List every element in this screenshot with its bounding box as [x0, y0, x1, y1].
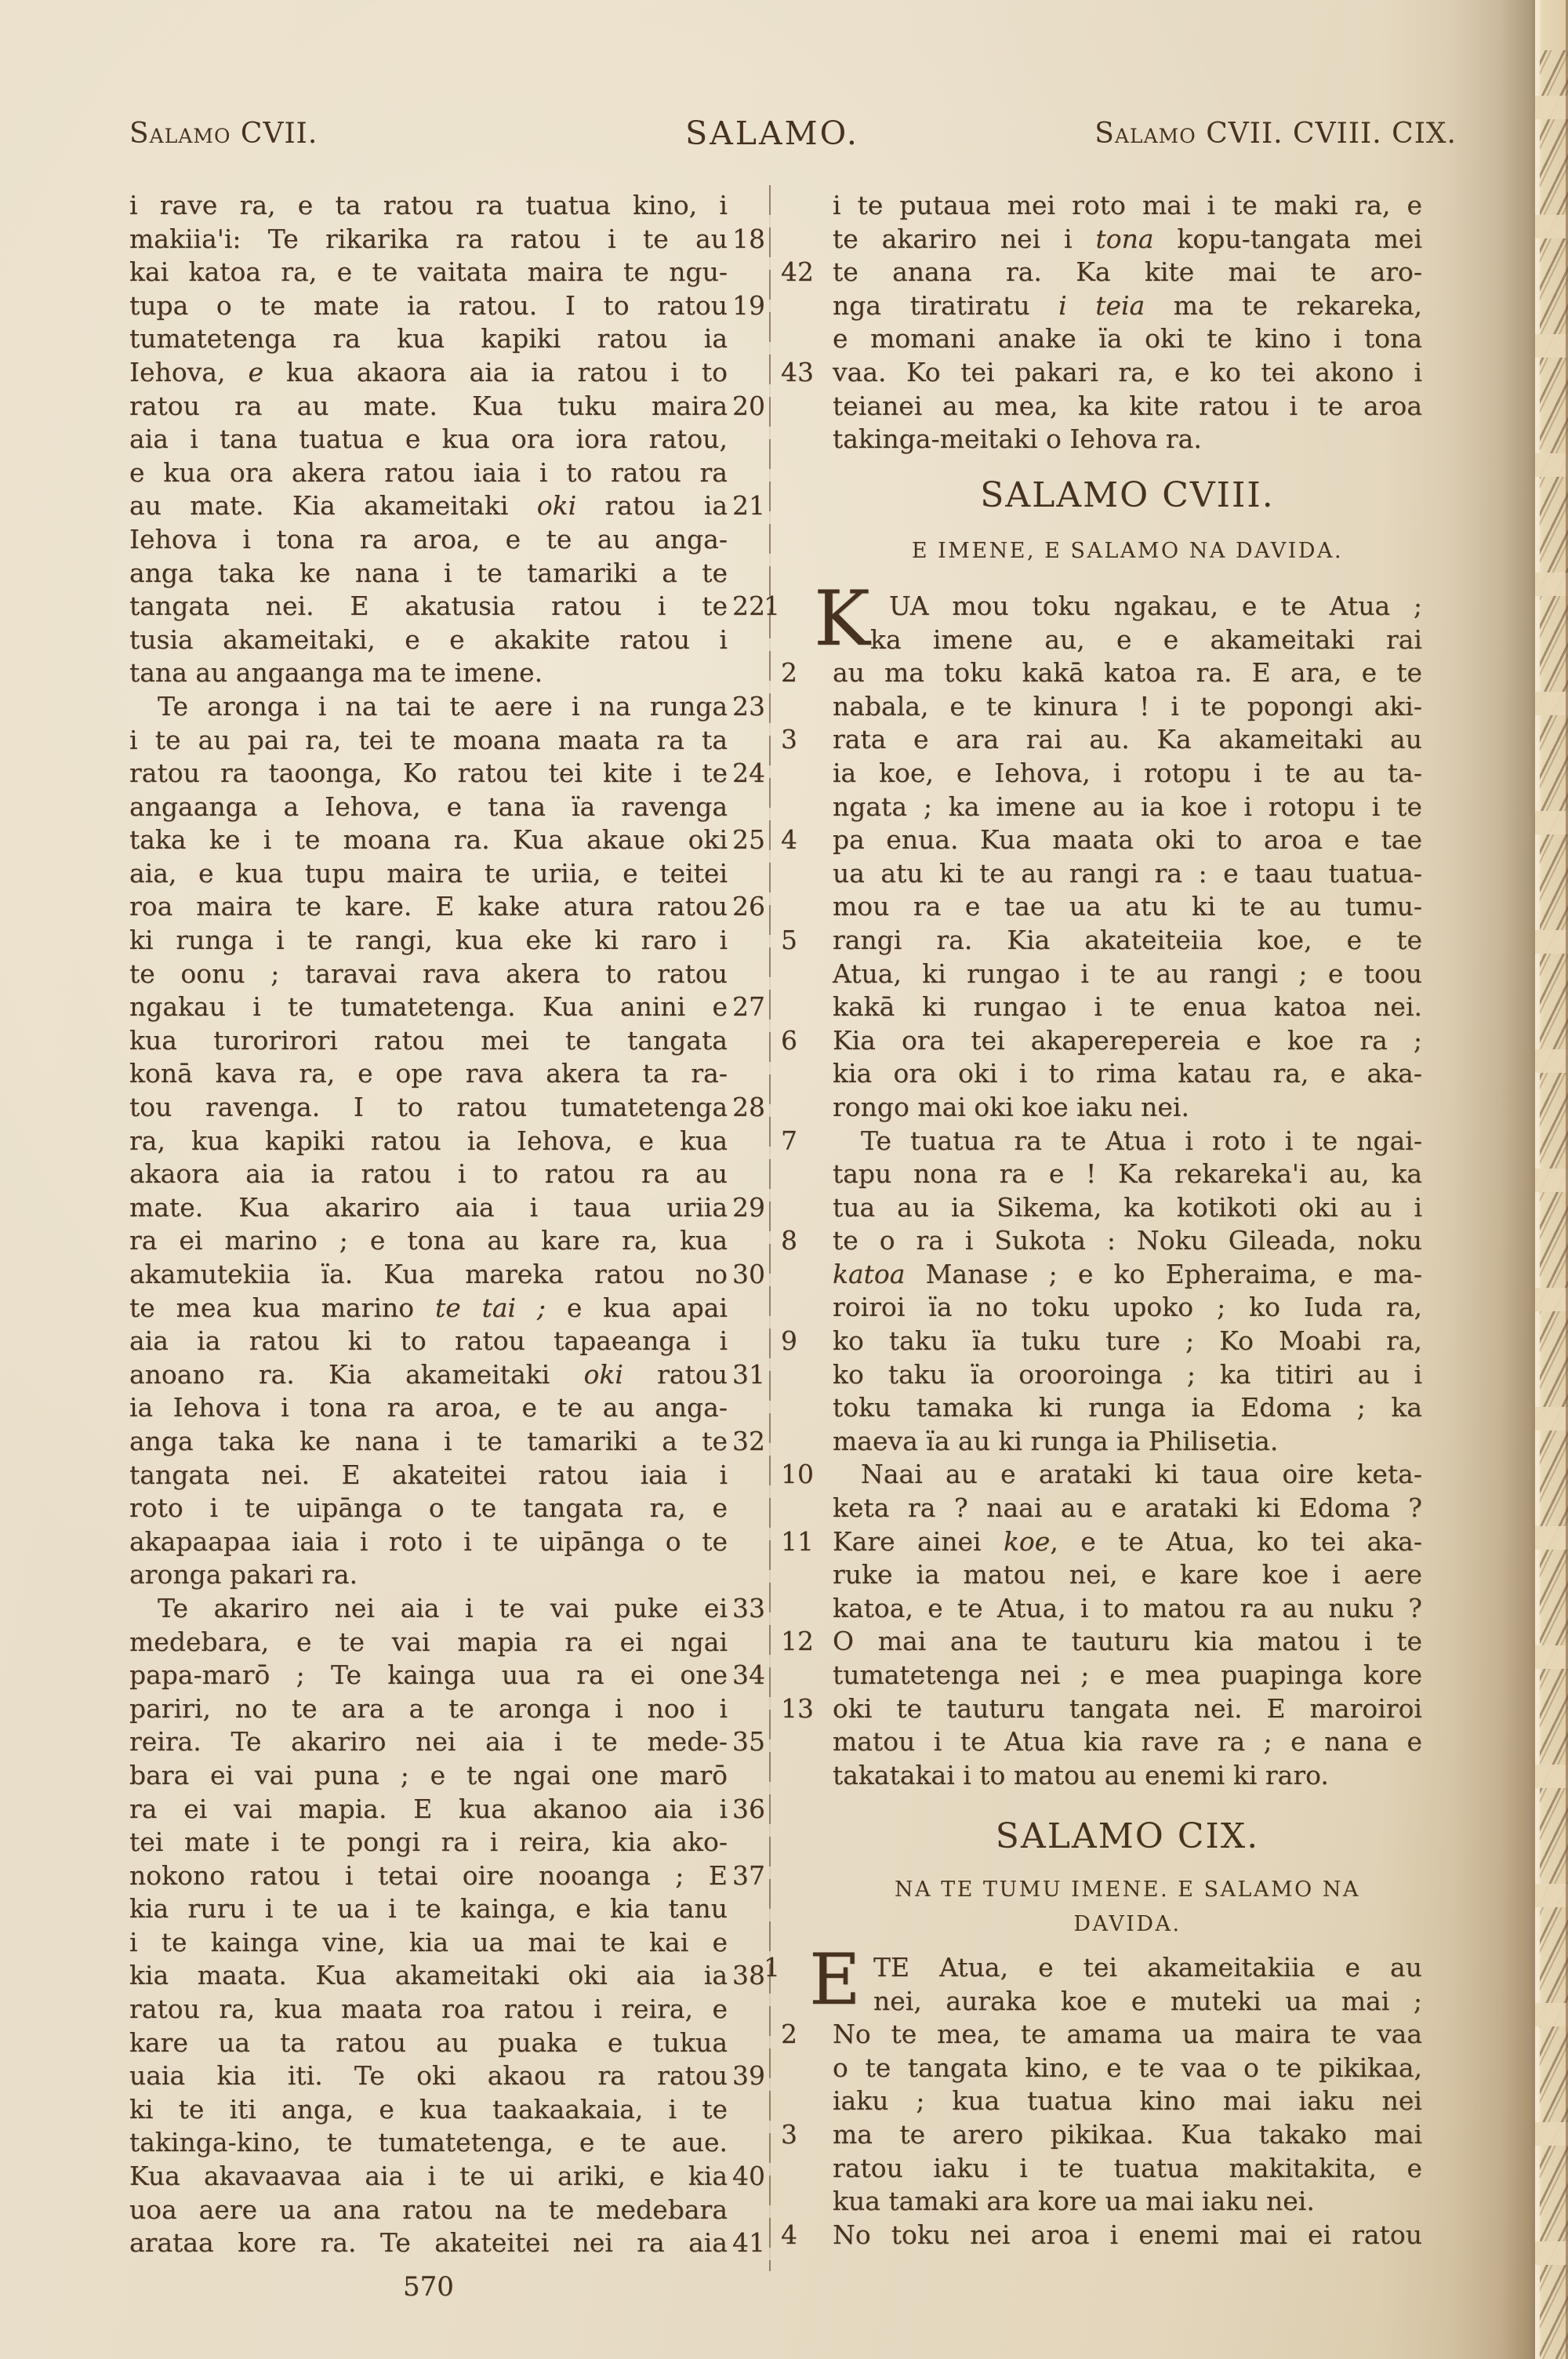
text-line: makiia'i: Te rikarika ra ratou i te au18 — [129, 223, 728, 256]
text-line: katoa, e te Atua, i to matou ra au nuku … — [833, 1592, 1422, 1626]
text-line: mou ra e tae ua atu ki te au tumu- — [833, 890, 1422, 924]
text-line: katoa Manase ; e ko Epheraima, e ma- — [833, 1258, 1422, 1292]
text-line: angaanga a Iehova, e tana ïa ravenga — [129, 791, 728, 824]
verse-number: 6 — [781, 1024, 825, 1058]
text-line: tou ravenga. I to ratou tumatetenga28 — [129, 1091, 728, 1125]
text-line: ratou iaku i te tuatua makitakita, e — [833, 2152, 1422, 2186]
text-line: i te au pai ra, tei te moana maata ra ta — [129, 724, 728, 758]
text-line: Kare ainei koe, e te Atua, ko tei aka-11 — [833, 1525, 1422, 1559]
text-line: tua au ia Sikema, ka kotikoti oki au i — [833, 1191, 1422, 1225]
text-line: aia, e kua tupu maira te uriia, e teitei — [129, 857, 728, 891]
text-line: keta ra ? naai au e arataki ki Edoma ? — [833, 1492, 1422, 1525]
text-line: roa maira te kare. E kake atura ratou26 — [129, 890, 728, 924]
next-page-edge — [1535, 0, 1568, 2359]
text-line: Te akariro nei aia i te vai puke ei33 — [129, 1592, 728, 1626]
verse-number: 8 — [781, 1224, 825, 1258]
verse-number: 11 — [781, 1525, 825, 1559]
drop-cap-k: K — [814, 585, 870, 652]
text-line: takinga-meitaki o Iehova ra. — [833, 423, 1422, 456]
text-line: roto i te uipānga o te tangata ra, e — [129, 1492, 728, 1525]
text-line: uaia kia iti. Te oki akaou ra ratou39 — [129, 2059, 728, 2093]
verse-number: 31 — [732, 1358, 776, 1392]
text-line: nga tiratiratu i teia ma te rekareka, — [833, 289, 1422, 323]
verse-number: 24 — [732, 757, 776, 791]
text-line: e kua ora akera ratou iaia i to ratou ra — [129, 456, 728, 490]
verse-number: 5 — [781, 924, 825, 958]
text-line: Iehova, e kua akaora aia ia ratou i to — [129, 356, 728, 390]
text-line: tangata nei. E akatusia ratou i te22 — [129, 590, 728, 623]
verse-number: 40 — [732, 2160, 776, 2194]
verse-number: 42 — [781, 256, 825, 289]
text-line: te anana ra. Ka kite mai te aro-42 — [833, 256, 1422, 289]
text-line: nabala, e te kinura ! i te popongi aki- — [833, 690, 1422, 724]
text-line: Atua, ki rungao i te au rangi ; e toou — [833, 958, 1422, 991]
verse-number: 27 — [732, 990, 776, 1024]
verse-number: 32 — [732, 1425, 776, 1459]
text-line: takatakai i to matou au enemi ki raro. — [833, 1759, 1422, 1793]
text-line: tusia akameitaki, e e akakite ratou i — [129, 623, 728, 657]
verse-number: 7 — [781, 1125, 825, 1158]
verse-number: 19 — [732, 289, 776, 323]
verse-number: 39 — [732, 2059, 776, 2093]
text-line: ka imene au, e e akameitaki rai — [833, 623, 1422, 657]
text-line: tumatetenga nei ; e mea puapinga kore — [833, 1659, 1422, 1692]
text-line: Te tuatua ra te Atua i roto i te ngai-7 — [833, 1125, 1422, 1158]
text-line: ko taku ïa orooroinga ; ka titiri au i — [833, 1358, 1422, 1392]
text-line: maeva ïa au ki runga ia Philisetia. — [833, 1425, 1422, 1459]
text-line: takinga-kino, te tumatetenga, e te aue. — [129, 2126, 728, 2160]
verse-number: 9 — [781, 1325, 825, 1358]
text-line: UA mou toku ngakau, e te Atua ;1 — [833, 590, 1422, 623]
text-line: Kua akavaavaa aia i te ui ariki, e kia40 — [129, 2160, 728, 2194]
text-line: kua tamaki ara kore ua mai iaku nei. — [833, 2185, 1422, 2219]
psalm-109-subheading-line2: DAVIDA. — [833, 1907, 1422, 1942]
text-line: No toku nei aroa i enemi mai ei ratou4 — [833, 2219, 1422, 2252]
book-page: Salamo CVII. SALAMO. Salamo CVII. CVIII.… — [0, 0, 1568, 2359]
text-line: ruke ia matou nei, e kare koe i aere — [833, 1558, 1422, 1592]
verse-number: 3 — [781, 2118, 825, 2152]
verse-number: 4 — [781, 823, 825, 857]
running-header-center: SALAMO. — [615, 114, 929, 152]
text-line: i te kainga vine, kia ua mai te kai e — [129, 1926, 728, 1960]
verse-number: 29 — [732, 1191, 776, 1225]
psalm-108-subheading: E IMENE, E SALAMO NA DAVIDA. — [833, 538, 1422, 565]
text-line: te oonu ; taravai rava akera to ratou — [129, 958, 728, 991]
text-line: ratou ra, kua maata roa ratou i reira, e — [129, 1993, 728, 2026]
text-line: vaa. Ko tei pakari ra, e ko tei akono i4… — [833, 356, 1422, 390]
text-line: kia maata. Kua akameitaki oki aia ia38 — [129, 1959, 728, 1993]
text-line: kia ora oki i to rima katau ra, e aka- — [833, 1057, 1422, 1091]
page-number: 570 — [129, 2271, 728, 2303]
verse-number: 33 — [732, 1592, 776, 1626]
text-line: matou i te Atua kia rave ra ; e nana e — [833, 1725, 1422, 1759]
text-line: ki runga i te rangi, kua eke ki raro i — [129, 924, 728, 958]
text-line: tapu nona ra e ! Ka rekareka'i au, ka — [833, 1158, 1422, 1191]
text-line: taka ke i te moana ra. Kua akaue oki25 — [129, 823, 728, 857]
text-line: i te putaua mei roto mai i te maki ra, e — [833, 189, 1422, 223]
right-column-intro: i te putaua mei roto mai i te maki ra, e… — [833, 189, 1422, 456]
verse-number: 21 — [732, 489, 776, 523]
text-line: nei, auraka koe e muteki ua mai ; — [833, 1985, 1422, 2019]
text-line: o te tangata kino, e te vaa o te pikikaa… — [833, 2052, 1422, 2085]
verse-number: 25 — [732, 823, 776, 857]
text-line: pa enua. Kua maata oki to aroa e tae4 — [833, 823, 1422, 857]
text-line: toku tamaka ki runga ia Edoma ; ka — [833, 1391, 1422, 1425]
verse-number: 1 — [764, 590, 808, 623]
next-page-edge-gaps — [1535, 0, 1568, 2359]
text-line: te akariro nei i tona kopu-tangata mei — [833, 223, 1422, 256]
text-line: ma te arero pikikaa. Kua takako mai3 — [833, 2118, 1422, 2152]
left-column: i rave ra, e ta ratou ra tuatua kino, im… — [129, 189, 728, 2260]
verse-number: 36 — [732, 1793, 776, 1826]
text-line: pariri, no te ara a te aronga i noo i — [129, 1692, 728, 1726]
verse-number: 20 — [732, 390, 776, 423]
text-line: akapaapaa iaia i roto i te uipānga o te — [129, 1525, 728, 1559]
text-line: tana au angaanga ma te imene. — [129, 656, 728, 690]
verse-number: 26 — [732, 890, 776, 924]
text-line: No te mea, te amama ua maira te vaa2 — [833, 2018, 1422, 2052]
text-line: ra ei marino ; e tona au kare ra, kua — [129, 1224, 728, 1258]
text-line: au mate. Kia akameitaki oki ratou ia21 — [129, 489, 728, 523]
verse-number: 43 — [781, 356, 825, 390]
text-line: kakā ki rungao i te enua katoa nei. — [833, 990, 1422, 1024]
text-line: ia koe, e Iehova, i rotopu i te au ta- — [833, 757, 1422, 791]
text-line: rata e ara rai au. Ka akameitaki au3 — [833, 723, 1422, 757]
verse-number: 34 — [732, 1659, 776, 1692]
text-line: i rave ra, e ta ratou ra tuatua kino, i — [129, 189, 728, 223]
verse-number: 41 — [732, 2226, 776, 2260]
psalm-109-text: E TE Atua, e tei akameitakiia e au1nei, … — [833, 1951, 1422, 2252]
text-line: Kia ora tei akaperepereia e koe ra ;6 — [833, 1024, 1422, 1058]
text-line: tangata nei. E akateitei ratou iaia i — [129, 1459, 728, 1492]
running-header-left: Salamo CVII. — [129, 118, 318, 150]
verse-number: 18 — [732, 223, 776, 256]
verse-number: 3 — [781, 723, 825, 757]
text-line: O mai ana te tauturu kia matou i te12 — [833, 1625, 1422, 1659]
text-line: anga taka ke nana i te tamariki a te32 — [129, 1425, 728, 1459]
text-line: aia i tana tuatua e kua ora iora ratou, — [129, 423, 728, 456]
text-line: akamutekiia ïa. Kua mareka ratou no30 — [129, 1258, 728, 1292]
verse-number: 10 — [781, 1458, 825, 1492]
psalm109-lines: TE Atua, e tei akameitakiia e au1nei, au… — [833, 1951, 1422, 2252]
text-line: ratou ra au mate. Kua tuku maira20 — [129, 390, 728, 423]
text-line: anoano ra. Kia akameitaki oki ratou31 — [129, 1358, 728, 1392]
left-column-lines: i rave ra, e ta ratou ra tuatua kino, im… — [129, 189, 728, 2260]
text-line: papa-marō ; Te kainga uua ra ei one34 — [129, 1659, 728, 1692]
text-line: mate. Kua akariro aia i taua uriia29 — [129, 1191, 728, 1225]
text-line: bara ei vai puna ; e te ngai one marō — [129, 1759, 728, 1793]
text-line: reira. Te akariro nei aia i te mede-35 — [129, 1725, 728, 1759]
text-line: kia ruru i te ua i te kainga, e kia tanu — [129, 1892, 728, 1926]
psalm-109-subheading-line1: NA TE TUMU IMENE. E SALAMO NA — [833, 1873, 1422, 1907]
text-line: rangi ra. Kia akateiteiia koe, e te5 — [833, 924, 1422, 958]
text-line: te mea kua marino te tai ; e kua apai — [129, 1292, 728, 1325]
verse-number: 23 — [732, 690, 776, 724]
text-line: ko taku ïa tuku ture ; Ko Moabi ra,9 — [833, 1325, 1422, 1358]
text-line: Te aronga i na tai te aere i na runga23 — [129, 690, 728, 724]
verse-number: 2 — [781, 2018, 825, 2052]
text-line: e momani anake ïa oki te kino i tona — [833, 322, 1422, 356]
text-line: au ma toku kakā katoa ra. E ara, e te2 — [833, 656, 1422, 690]
text-line: kai katoa ra, e te vaitata maira te ngu- — [129, 256, 728, 289]
psalm-108-text: K UA mou toku ngakau, e te Atua ;1ka ime… — [833, 590, 1422, 1792]
verse-number: 4 — [781, 2219, 825, 2252]
text-line: konā kava ra, e ope rava akera ta ra- — [129, 1057, 728, 1091]
verse-number: 35 — [732, 1725, 776, 1759]
psalm-109-heading: SALAMO CIX. — [833, 1815, 1422, 1859]
text-line: roiroi ïa no toku upoko ; ko Iuda ra, — [833, 1291, 1422, 1325]
right-intro-lines: i te putaua mei roto mai i te maki ra, e… — [833, 189, 1422, 456]
text-line: ngata ; ka imene au ia koe i rotopu i te — [833, 791, 1422, 824]
verse-number: 12 — [781, 1625, 825, 1659]
text-line: anga taka ke nana i te tamariki a te — [129, 557, 728, 591]
text-line: ki te iti anga, e kua taakaakaia, i te — [129, 2093, 728, 2127]
verse-number: 30 — [732, 1258, 776, 1292]
text-line: iaku ; kua tuatua kino mai iaku nei — [833, 2085, 1422, 2118]
text-line: oki te tauturu tangata nei. E maroiroi13 — [833, 1692, 1422, 1726]
text-line: ra, kua kapiki ratou ia Iehova, e kua — [129, 1125, 728, 1158]
text-line: aia ia ratou ki to ratou tapaeanga i — [129, 1325, 728, 1358]
text-line: uoa aere ua ana ratou na te medebara — [129, 2194, 728, 2227]
text-line: Naai au e arataki ki taua oire keta-10 — [833, 1458, 1422, 1492]
text-line: ua atu ki te au rangi ra : e taau tuatua… — [833, 857, 1422, 891]
text-line: teianei au mea, ka kite ratou i te aroa — [833, 390, 1422, 423]
psalm108-lines: UA mou toku ngakau, e te Atua ;1ka imene… — [833, 590, 1422, 1792]
running-header-right: Salamo CVII. CVIII. CIX. — [1019, 118, 1457, 150]
text-line: arataa kore ra. Te akateitei nei ra aia4… — [129, 2226, 728, 2260]
text-line: Iehova i tona ra aroa, e te au anga- — [129, 523, 728, 557]
text-line: ra ei vai mapia. E kua akanoo aia i36 — [129, 1793, 728, 1826]
text-line: medebara, e te vai mapia ra ei ngai — [129, 1626, 728, 1659]
verse-number: 1 — [764, 1951, 808, 1985]
text-line: tumatetenga ra kua kapiki ratou ia — [129, 322, 728, 356]
text-line: te o ra i Sukota : Noku Gileada, noku8 — [833, 1224, 1422, 1258]
verse-number: 28 — [732, 1091, 776, 1125]
text-line: nokono ratou i tetai oire nooanga ; E37 — [129, 1859, 728, 1893]
text-line: ngakau i te tumatetenga. Kua anini e27 — [129, 990, 728, 1024]
text-line: akaora aia ia ratou i to ratou ra au — [129, 1158, 728, 1191]
drop-cap-e: E — [809, 1948, 861, 2012]
text-line: rongo mai oki koe iaku nei. — [833, 1091, 1422, 1125]
verse-number: 13 — [781, 1692, 825, 1726]
psalm-108-heading: SALAMO CVIII. — [833, 474, 1422, 518]
text-line: tei mate i te pongi ra i reira, kia ako- — [129, 1826, 728, 1859]
text-line: tupa o te mate ia ratou. I to ratou19 — [129, 289, 728, 323]
text-line: ratou ra taoonga, Ko ratou tei kite i te… — [129, 757, 728, 791]
text-line: TE Atua, e tei akameitakiia e au1 — [833, 1951, 1422, 1985]
text-line: aronga pakari ra. — [129, 1558, 728, 1592]
psalm-109-subheading: NA TE TUMU IMENE. E SALAMO NA DAVIDA. — [833, 1873, 1422, 1942]
text-line: kua turorirori ratou mei te tangata — [129, 1024, 728, 1058]
text-line: ia Iehova i tona ra aroa, e te au anga- — [129, 1391, 728, 1425]
verse-number: 37 — [732, 1859, 776, 1893]
text-line: kare ua ta ratou au puaka e tukua — [129, 2026, 728, 2060]
